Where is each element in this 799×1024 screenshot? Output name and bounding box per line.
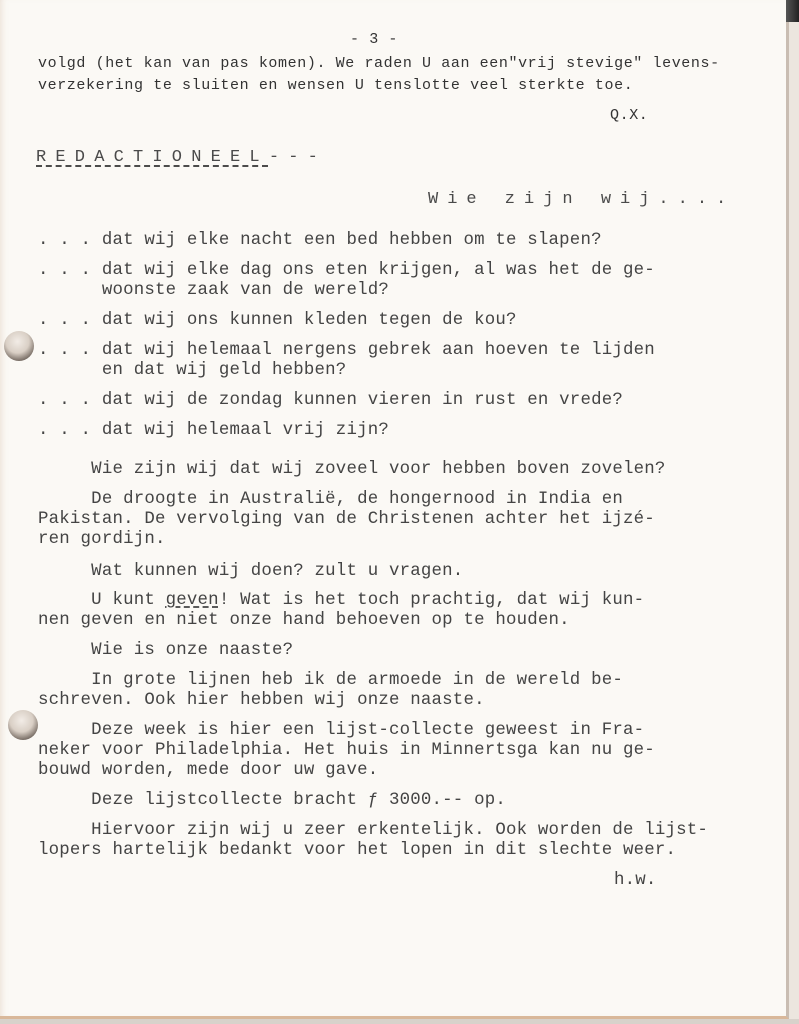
paragraph-line: neker voor Philadelphia. Het huis in Min… (38, 741, 655, 761)
intro-line: volgd (het kan van pas komen). We raden … (38, 54, 720, 74)
question-line: . . . dat wij helemaal vrij zijn? (38, 421, 389, 441)
paragraph-line: Wie zijn wij dat wij zoveel voor hebben … (38, 460, 666, 480)
intro-signature: Q.X. (610, 106, 648, 126)
paragraph-line: Hiervoor zijn wij u zeer erkentelijk. Oo… (38, 821, 708, 841)
paragraph-line: Wat kunnen wij doen? zult u vragen. (38, 562, 463, 582)
page-number: - 3 - (350, 30, 398, 50)
punch-hole (8, 710, 38, 740)
document-page: - 3 - volgd (het kan van pas komen). We … (0, 0, 789, 1019)
paragraph-line: Wie is onze naaste? (38, 641, 293, 661)
paragraph-line: De droogte in Australië, de hongernood i… (38, 490, 623, 510)
question-line: woonste zaak van de wereld? (38, 281, 389, 301)
page-edge-shadow (786, 0, 799, 22)
paragraph-line: schreven. Ook hier hebben wij onze naast… (38, 691, 485, 711)
question-line: . . . dat wij helemaal nergens gebrek aa… (38, 341, 655, 361)
question-line: en dat wij geld hebben? (38, 361, 346, 381)
paragraph-line: Pakistan. De vervolging van de Christene… (38, 510, 655, 530)
paragraph-line: U kunt geven! Wat is het toch prachtig, … (38, 591, 644, 611)
section-subtitle: Wie zijn wij.... (428, 190, 735, 209)
paragraph-line: ren gordijn. (38, 530, 166, 550)
question-line: . . . dat wij de zondag kunnen vieren in… (38, 391, 623, 411)
punch-hole (4, 331, 34, 361)
paragraph-line: nen geven en niet onze hand behoeven op … (38, 611, 570, 631)
page-edge-strip (0, 1019, 799, 1024)
closing-signature: h.w. (614, 871, 657, 891)
paragraph-line: Deze lijstcollecte bracht ƒ 3000.-- op. (38, 791, 506, 811)
question-line: . . . dat wij elke nacht een bed hebben … (38, 231, 602, 251)
paragraph-line: In grote lijnen heb ik de armoede in de … (38, 671, 623, 691)
question-line: . . . dat wij elke dag ons eten krijgen,… (38, 261, 655, 281)
text-span: U kunt (38, 591, 166, 610)
question-line: . . . dat wij ons kunnen kleden tegen de… (38, 311, 517, 331)
text-span: ! Wat is het toch prachtig, dat wij kun- (219, 591, 644, 610)
paragraph-line: bouwd worden, mede door uw gave. (38, 761, 378, 781)
paragraph-line: Deze week is hier een lijst-collecte gew… (38, 721, 644, 741)
intro-line: verzekering te sluiten en wensen U tensl… (38, 76, 633, 96)
section-title: REDACTIONEEL--- (36, 148, 327, 167)
paragraph-line: lopers hartelijk bedankt voor het lopen … (38, 841, 676, 861)
underlined-word: geven (166, 591, 219, 610)
